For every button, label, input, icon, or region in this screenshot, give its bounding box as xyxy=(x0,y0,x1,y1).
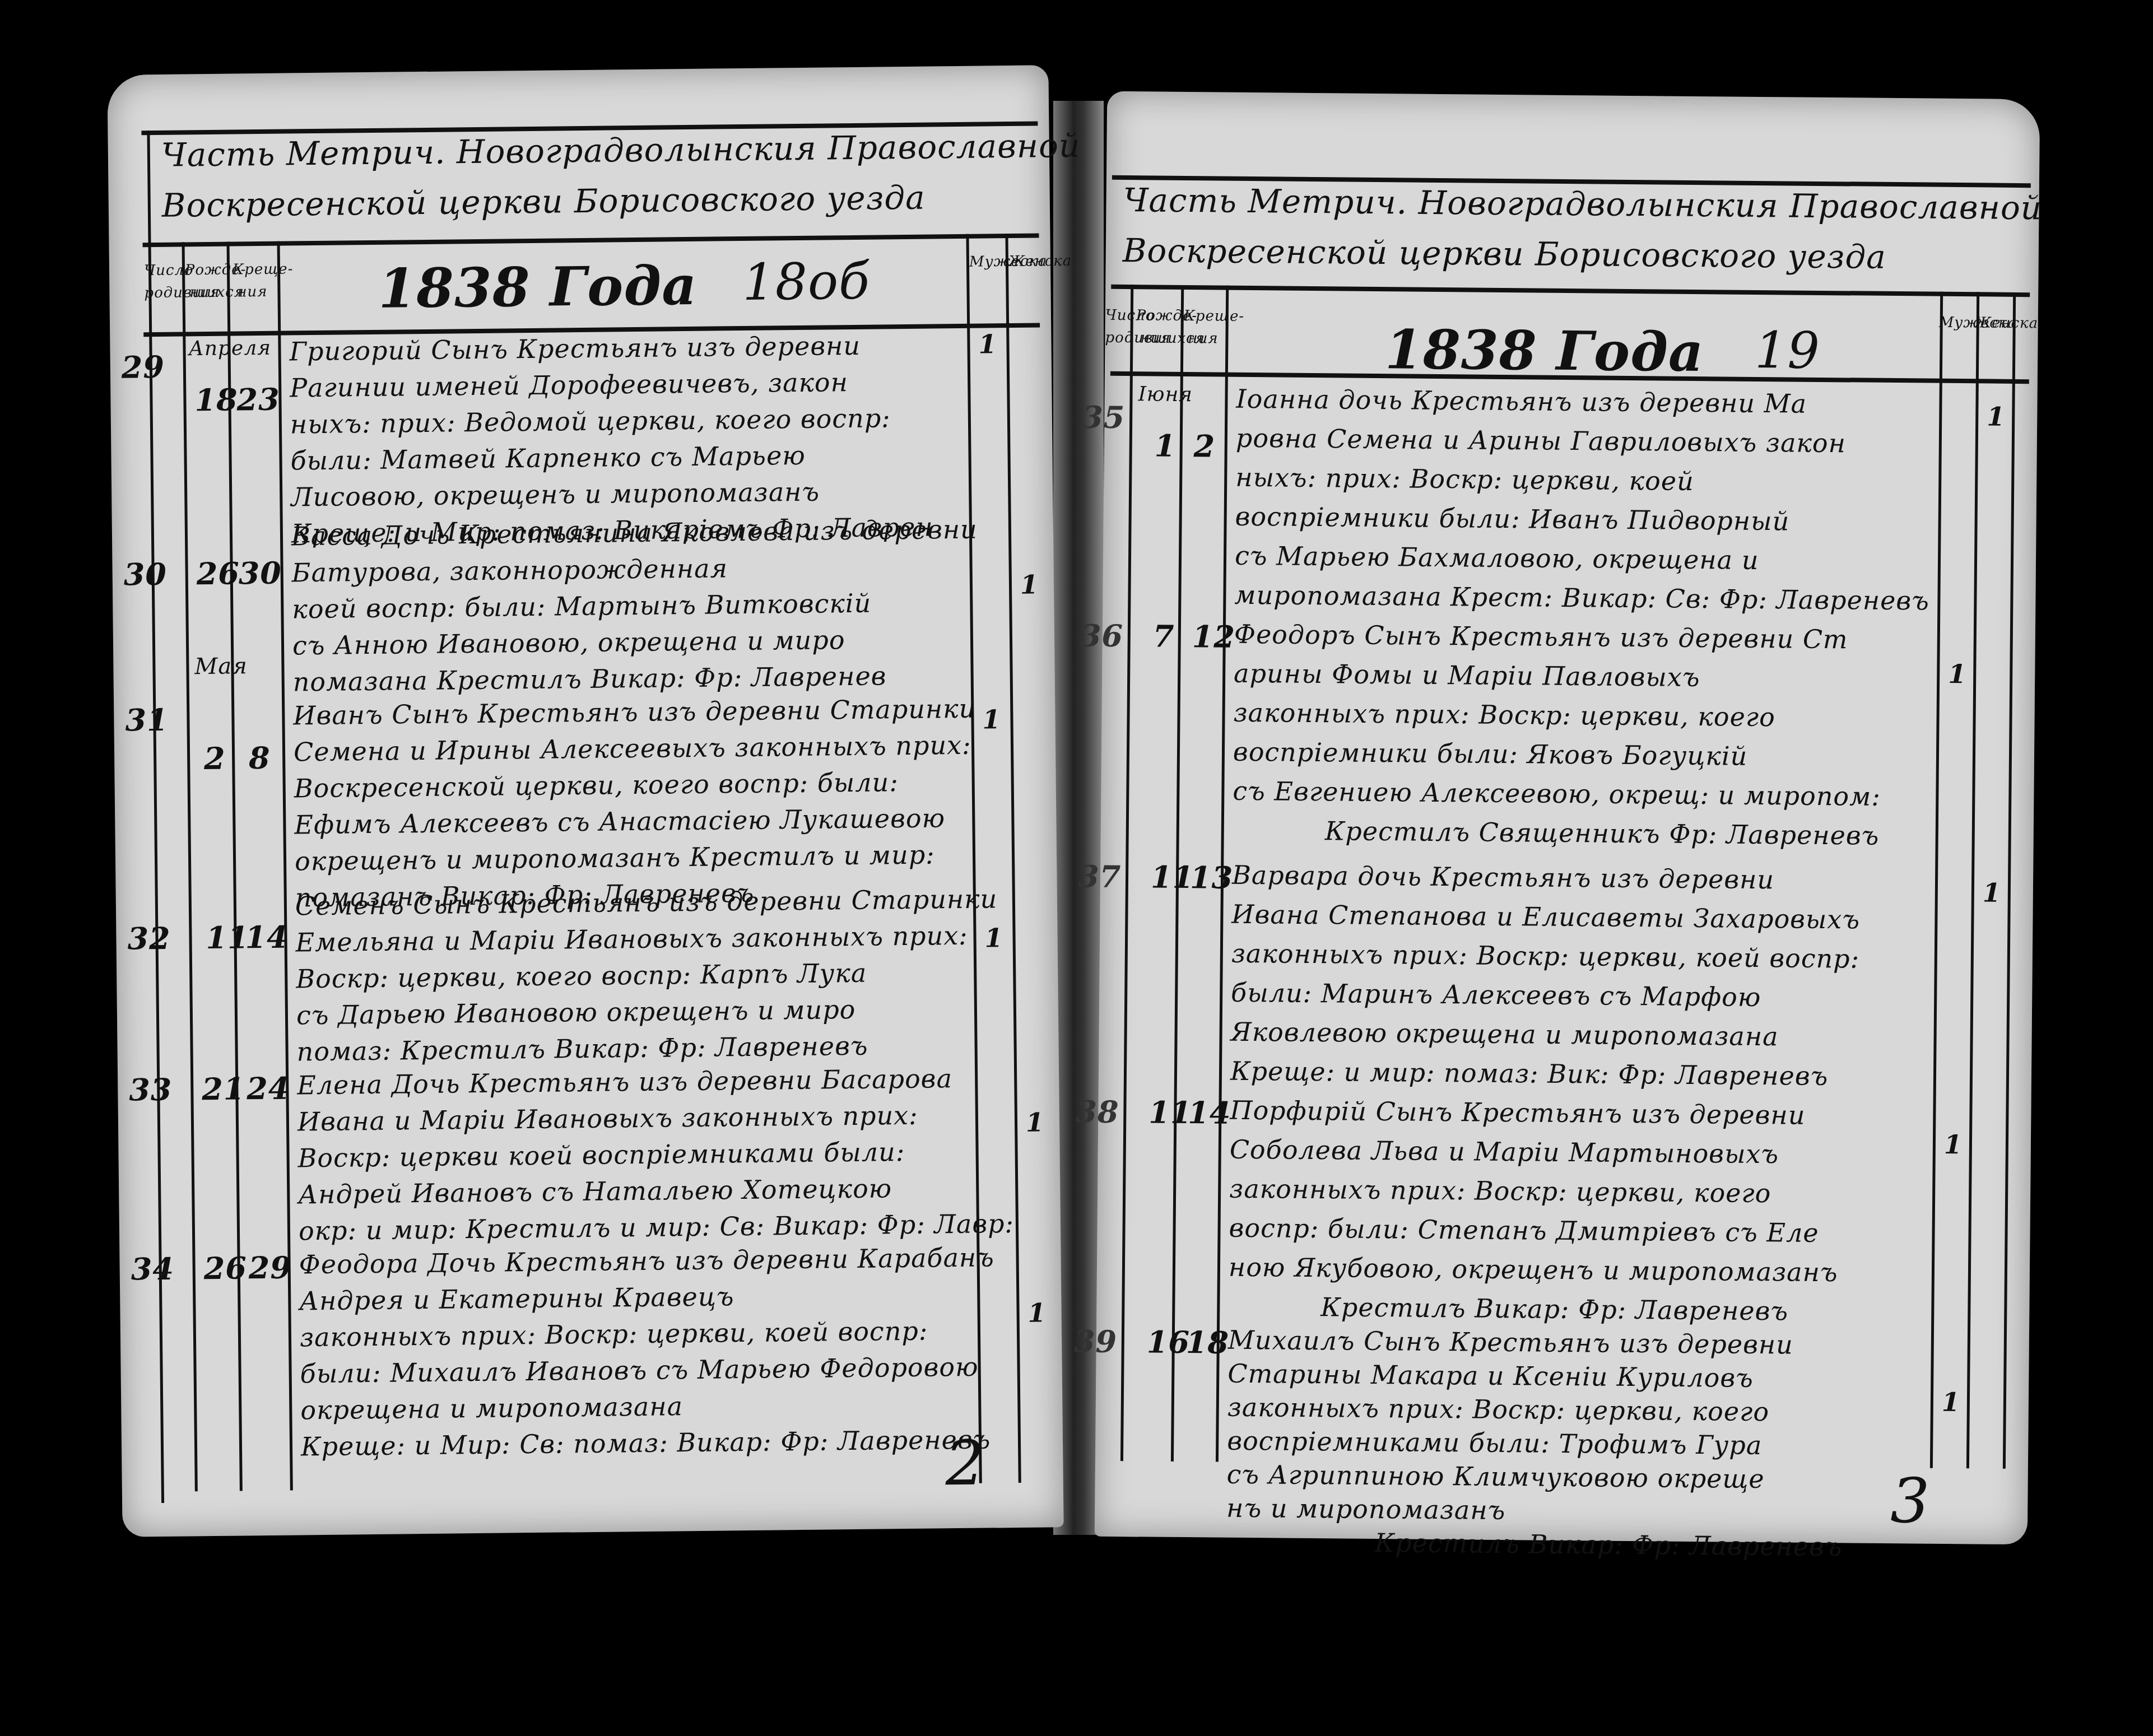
male-count: 1 xyxy=(1948,659,1966,689)
entry-line: Елена Дочь Крестьянъ изъ деревни Басаров… xyxy=(297,1063,952,1100)
birth-day: 7 xyxy=(1153,618,1175,654)
page-number: 2 xyxy=(945,1427,985,1500)
birth-day: 11 xyxy=(1148,1095,1192,1131)
col-header-male: Мужеска xyxy=(1939,311,1978,334)
month-label-may: Мая xyxy=(194,653,248,679)
entry-number: 39 xyxy=(1074,1323,1118,1360)
female-count: 1 xyxy=(1026,1107,1045,1137)
entry-number: 34 xyxy=(131,1251,174,1287)
entry-line: Феодора Дочь Крестьянъ изъ деревни Караб… xyxy=(299,1242,994,1279)
entry-line: были: Матвей Карпенко съ Марьею xyxy=(290,440,806,476)
col-header-baptism: Креще-ния xyxy=(232,258,272,304)
entry-line: были: Михаилъ Ивановъ съ Марьею Федорово… xyxy=(300,1352,978,1389)
male-count: 1 xyxy=(982,704,1001,734)
col-header-female: Женска xyxy=(1975,311,2014,334)
col-header-baptism: Креще-ния xyxy=(1183,305,1223,350)
header-title-line-2: Воскресенской церкви Борисовского уезда xyxy=(161,179,926,225)
baptism-day: 29 xyxy=(248,1250,292,1286)
entry-line: ныхъ: прих: Ведомой церкви, коего воспр: xyxy=(290,403,891,439)
entry-line: Ефимъ Алексеевъ съ Анастасiею Лукашевою xyxy=(294,803,945,840)
folio-mark: 19 xyxy=(1755,321,1820,380)
entry-number: 30 xyxy=(123,556,167,593)
entry-line: Семена и Ирины Алексеевыхъ законныхъ при… xyxy=(294,730,971,767)
entry-line: помазана Крестилъ Викар: Фр: Лавренев xyxy=(292,660,886,697)
entry-line: воспр: были: Степанъ Дмитрiевъ съ Еле xyxy=(1229,1213,1819,1248)
col-rule-4 xyxy=(1930,292,1943,1468)
entry-number: 38 xyxy=(1076,1093,1119,1130)
col-header-birth: Рожде-ния xyxy=(185,259,225,304)
male-count: 1 xyxy=(984,923,1003,953)
birth-day: 18 xyxy=(194,381,238,418)
entry-line: Ивана Степанова и Елисаветы Захаровыхъ xyxy=(1231,899,1860,935)
baptism-day: 12 xyxy=(1192,618,1236,655)
birth-day: 1 xyxy=(1154,428,1176,464)
entry-line: съ Агриппиною Климчуковою окреще xyxy=(1227,1459,1765,1494)
female-count: 1 xyxy=(1983,877,2001,907)
entry-line: Феодоръ Сынъ Крестьянъ изъ деревни Ст xyxy=(1234,619,1848,655)
col-header-female: Женска xyxy=(1008,250,1048,273)
col-rule-1 xyxy=(182,242,198,1491)
baptism-day: 30 xyxy=(238,555,282,592)
entry-line: Емельяна и Марiи Ивановыхъ законныхъ при… xyxy=(295,920,968,958)
entry-line: Крестилъ Викар: Фр: Лавреневъ xyxy=(1320,1292,1788,1326)
entry-line: Порфирiй Сынъ Крестьянъ изъ деревни xyxy=(1230,1095,1805,1130)
entry-line: Батурова, законнорожденная xyxy=(291,553,728,588)
entry-line: Старины Макара и Ксенiи Куриловъ xyxy=(1227,1358,1754,1393)
entry-line: Iоанна дочь Крестьянъ изъ деревни Ма xyxy=(1236,384,1807,419)
entry-line: законныхъ прих: Воскр: церкви, коего xyxy=(1227,1392,1770,1427)
birth-day: 21 xyxy=(202,1071,245,1107)
male-count: 1 xyxy=(1944,1129,1963,1160)
entry-line: ровна Семена и Арины Гавриловыхъ закон xyxy=(1236,423,1847,459)
baptism-day: 8 xyxy=(249,740,271,776)
entry-line: воспрiемниками были: Трофимъ Гура xyxy=(1227,1426,1762,1460)
month-label-april: Апреля xyxy=(188,337,271,361)
male-count: 1 xyxy=(1942,1387,1960,1417)
baptism-day: 14 xyxy=(245,919,289,956)
entry-line: окрещена и миропомазана xyxy=(300,1391,683,1425)
entry-line: Лисовою, окрещенъ и миропомазанъ xyxy=(291,477,820,513)
birth-day: 16 xyxy=(1147,1324,1191,1360)
entry-line: законныхъ прих: Воскр: церкви, коей восп… xyxy=(1231,938,1860,974)
col-header-birth: Рожде-ния xyxy=(1136,304,1175,350)
entry-line: Креще: и мир: помаз: Вик: Фр: Лавреневъ xyxy=(1230,1056,1829,1091)
entry-line: окр: и мир: Крестилъ и мир: Св: Викар: Ф… xyxy=(299,1208,1014,1246)
entry-number: 29 xyxy=(122,349,165,385)
entry-line: съ Марьею Бахмаловою, окрещена и xyxy=(1235,541,1759,575)
entry-line: Яковлевою окрещена и миропомазана xyxy=(1230,1017,1778,1052)
entry-line: законныхъ прих: Воскр: церкви, коей восп… xyxy=(300,1316,928,1353)
entry-line: Соболева Льва и Марiи Мартыновыхъ xyxy=(1230,1134,1779,1170)
birth-day: 26 xyxy=(203,1250,247,1286)
col-rule-5 xyxy=(1005,234,1021,1483)
col-rule-1 xyxy=(1120,285,1133,1461)
entry-line: нъ и миропомазанъ xyxy=(1226,1493,1506,1525)
page-number: 3 xyxy=(1890,1465,1931,1537)
header-title-line-2: Воскресенской церкви Борисовского уезда xyxy=(1123,231,1886,276)
col-rule-5 xyxy=(1966,292,1979,1468)
entry-line: съ Дарьею Ивановою окрещенъ и миро xyxy=(296,994,856,1030)
entry-line: коей воспр: были: Мартынъ Витковскiй xyxy=(292,588,871,625)
birth-day: 2 xyxy=(204,741,226,776)
entry-line: Крестилъ Священникъ Фр: Лавреневъ xyxy=(1325,816,1880,851)
entry-line: Андрея и Екатерины Кравецъ xyxy=(299,1281,734,1316)
col-rule-6 xyxy=(2003,292,2016,1469)
baptism-day: 23 xyxy=(236,381,280,418)
entry-line: Иванъ Сынъ Крестьянъ изъ деревни Старинк… xyxy=(293,694,976,731)
entry-number: 36 xyxy=(1080,617,1124,654)
entry-line: окрещенъ и миропомазанъ Крестилъ и мир: xyxy=(295,839,935,876)
entry-number: 31 xyxy=(125,702,169,738)
entry-line: ныхъ: прих: Воскр: церкви, коей xyxy=(1235,462,1694,496)
entry-line: Крестилъ Викар: Фр: Лавреневъ xyxy=(1374,1528,1842,1562)
entry-line: Воскр: церкви, коего воспр: Карпъ Лука xyxy=(296,958,867,994)
entry-line: воспрiемники были: Иванъ Пидворный xyxy=(1235,501,1789,537)
entry-line: воспрiемники были: Яковъ Богуцкiй xyxy=(1233,737,1748,771)
header-rule xyxy=(1111,285,2030,297)
entry-line: законныхъ прих: Воскр: церкви, коего xyxy=(1229,1174,1771,1208)
entry-line: Креще: и Мир: Св: помаз: Викар: Фр: Лавр… xyxy=(301,1424,991,1462)
col-rule-4 xyxy=(966,234,982,1483)
birth-day: 11 xyxy=(1151,859,1194,896)
year-label: 1838 Года xyxy=(378,254,697,320)
entry-line: Воскресенской церкви, коего воспр: были: xyxy=(294,767,899,803)
baptism-day: 14 xyxy=(1188,1095,1231,1131)
entry-line: законныхъ прих: Воскр: церкви, коего xyxy=(1233,697,1775,732)
baptism-day: 24 xyxy=(247,1071,290,1107)
entry-line: Васса Дочь Крестьянина Яковлева изъ дере… xyxy=(291,514,978,552)
entry-line: помаз: Крестилъ Викар: Фр: Лавреневъ xyxy=(296,1031,868,1067)
month-label-june: Iюня xyxy=(1138,383,1193,406)
header-title-line-1: Часть Метрич. Новоградволынския Правосла… xyxy=(1123,181,2042,227)
baptism-day: 13 xyxy=(1190,859,1234,896)
female-count: 1 xyxy=(1027,1297,1047,1328)
entry-line: Воскр: церкви коей воспрiемниками были: xyxy=(297,1137,905,1173)
entry-line: ною Якубовою, окрещенъ и миропомазанъ xyxy=(1229,1252,1838,1287)
entry-line: Рагинии именей Дорофеевичевъ, закон xyxy=(290,367,848,403)
left-page: Часть Метрич. Новоградволынския Правосла… xyxy=(107,65,1063,1537)
entry-line: Григорий Сынъ Крестьянъ изъ деревни xyxy=(289,331,861,367)
birth-day: 26 xyxy=(196,555,240,592)
col-rule-2 xyxy=(227,242,243,1491)
female-count: 1 xyxy=(1987,402,2005,432)
female-count: 1 xyxy=(1020,570,1039,600)
entry-line: съ Анною Ивановою, окрещена и миро xyxy=(292,625,845,660)
entry-line: миропомазана Крест: Викар: Св: Фр: Лавре… xyxy=(1234,580,1929,616)
entry-line: арины Фомы и Марiи Павловыхъ xyxy=(1234,658,1700,692)
birth-day: 11 xyxy=(206,919,249,956)
entry-number: 32 xyxy=(127,920,171,957)
entry-line: Ивана и Марiи Ивановыхъ законныхъ прих: xyxy=(297,1100,918,1137)
entry-line: были: Маринъ Алексеевъ съ Марфою xyxy=(1231,978,1761,1012)
header-title-line-1: Часть Метрич. Новоградволынския Правосла… xyxy=(161,127,1081,174)
entry-line: съ Евгениею Алексеевою, окрещ: и миропом… xyxy=(1233,776,1881,812)
male-count: 1 xyxy=(978,329,997,359)
entry-number: 37 xyxy=(1078,858,1122,895)
entry-line: Андрей Ивановъ съ Натальею Хотецкою xyxy=(298,1173,892,1209)
entry-line: Варвара дочь Крестьянъ изъ деревни xyxy=(1232,860,1774,895)
baptism-day: 18 xyxy=(1186,1324,1230,1361)
entry-number: 35 xyxy=(1082,399,1126,435)
entry-number: 33 xyxy=(129,1072,173,1108)
folio-mark: 18об xyxy=(742,252,871,312)
col-header-male: Мужеска xyxy=(969,250,1008,273)
right-page: Часть Метрич. Новоградволынския Правосла… xyxy=(1095,91,2040,1544)
baptism-day: 2 xyxy=(1193,428,1215,464)
col-header-number: Число родившихся xyxy=(144,259,184,304)
entry-line: Михаилъ Сынъ Крестьянъ изъ деревни xyxy=(1228,1325,1793,1360)
